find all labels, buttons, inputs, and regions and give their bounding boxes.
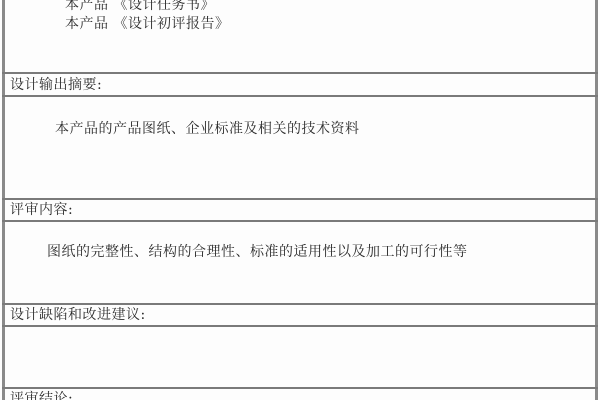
- divider: [2, 303, 598, 305]
- divider: [2, 220, 598, 222]
- table-right-border: [595, 0, 598, 400]
- section-label-review-conclusion: 评审结论:: [10, 391, 73, 400]
- section-label-design-output: 设计输出摘要:: [10, 77, 102, 93]
- divider: [2, 72, 598, 74]
- input-doc-line-2: 本产品 《设计初评报告》: [65, 16, 229, 32]
- section-label-defects-improvements: 设计缺陷和改进建议:: [10, 307, 146, 323]
- divider: [2, 95, 598, 97]
- section-label-review-content: 评审内容:: [10, 202, 73, 218]
- document-page: 本产品 《设计任务书》 本产品 《设计初评报告》 设计输出摘要: 本产品的产品图…: [0, 0, 600, 400]
- divider: [2, 387, 598, 389]
- table-left-border: [2, 0, 5, 400]
- section-content-review-content: 图纸的完整性、结构的合理性、标准的适用性以及加工的可行性等: [47, 244, 468, 260]
- divider: [2, 325, 598, 327]
- section-content-design-output: 本产品的产品图纸、企业标准及相关的技术资料: [55, 121, 360, 137]
- input-doc-line-1: 本产品 《设计任务书》: [65, 0, 215, 13]
- divider: [2, 198, 598, 200]
